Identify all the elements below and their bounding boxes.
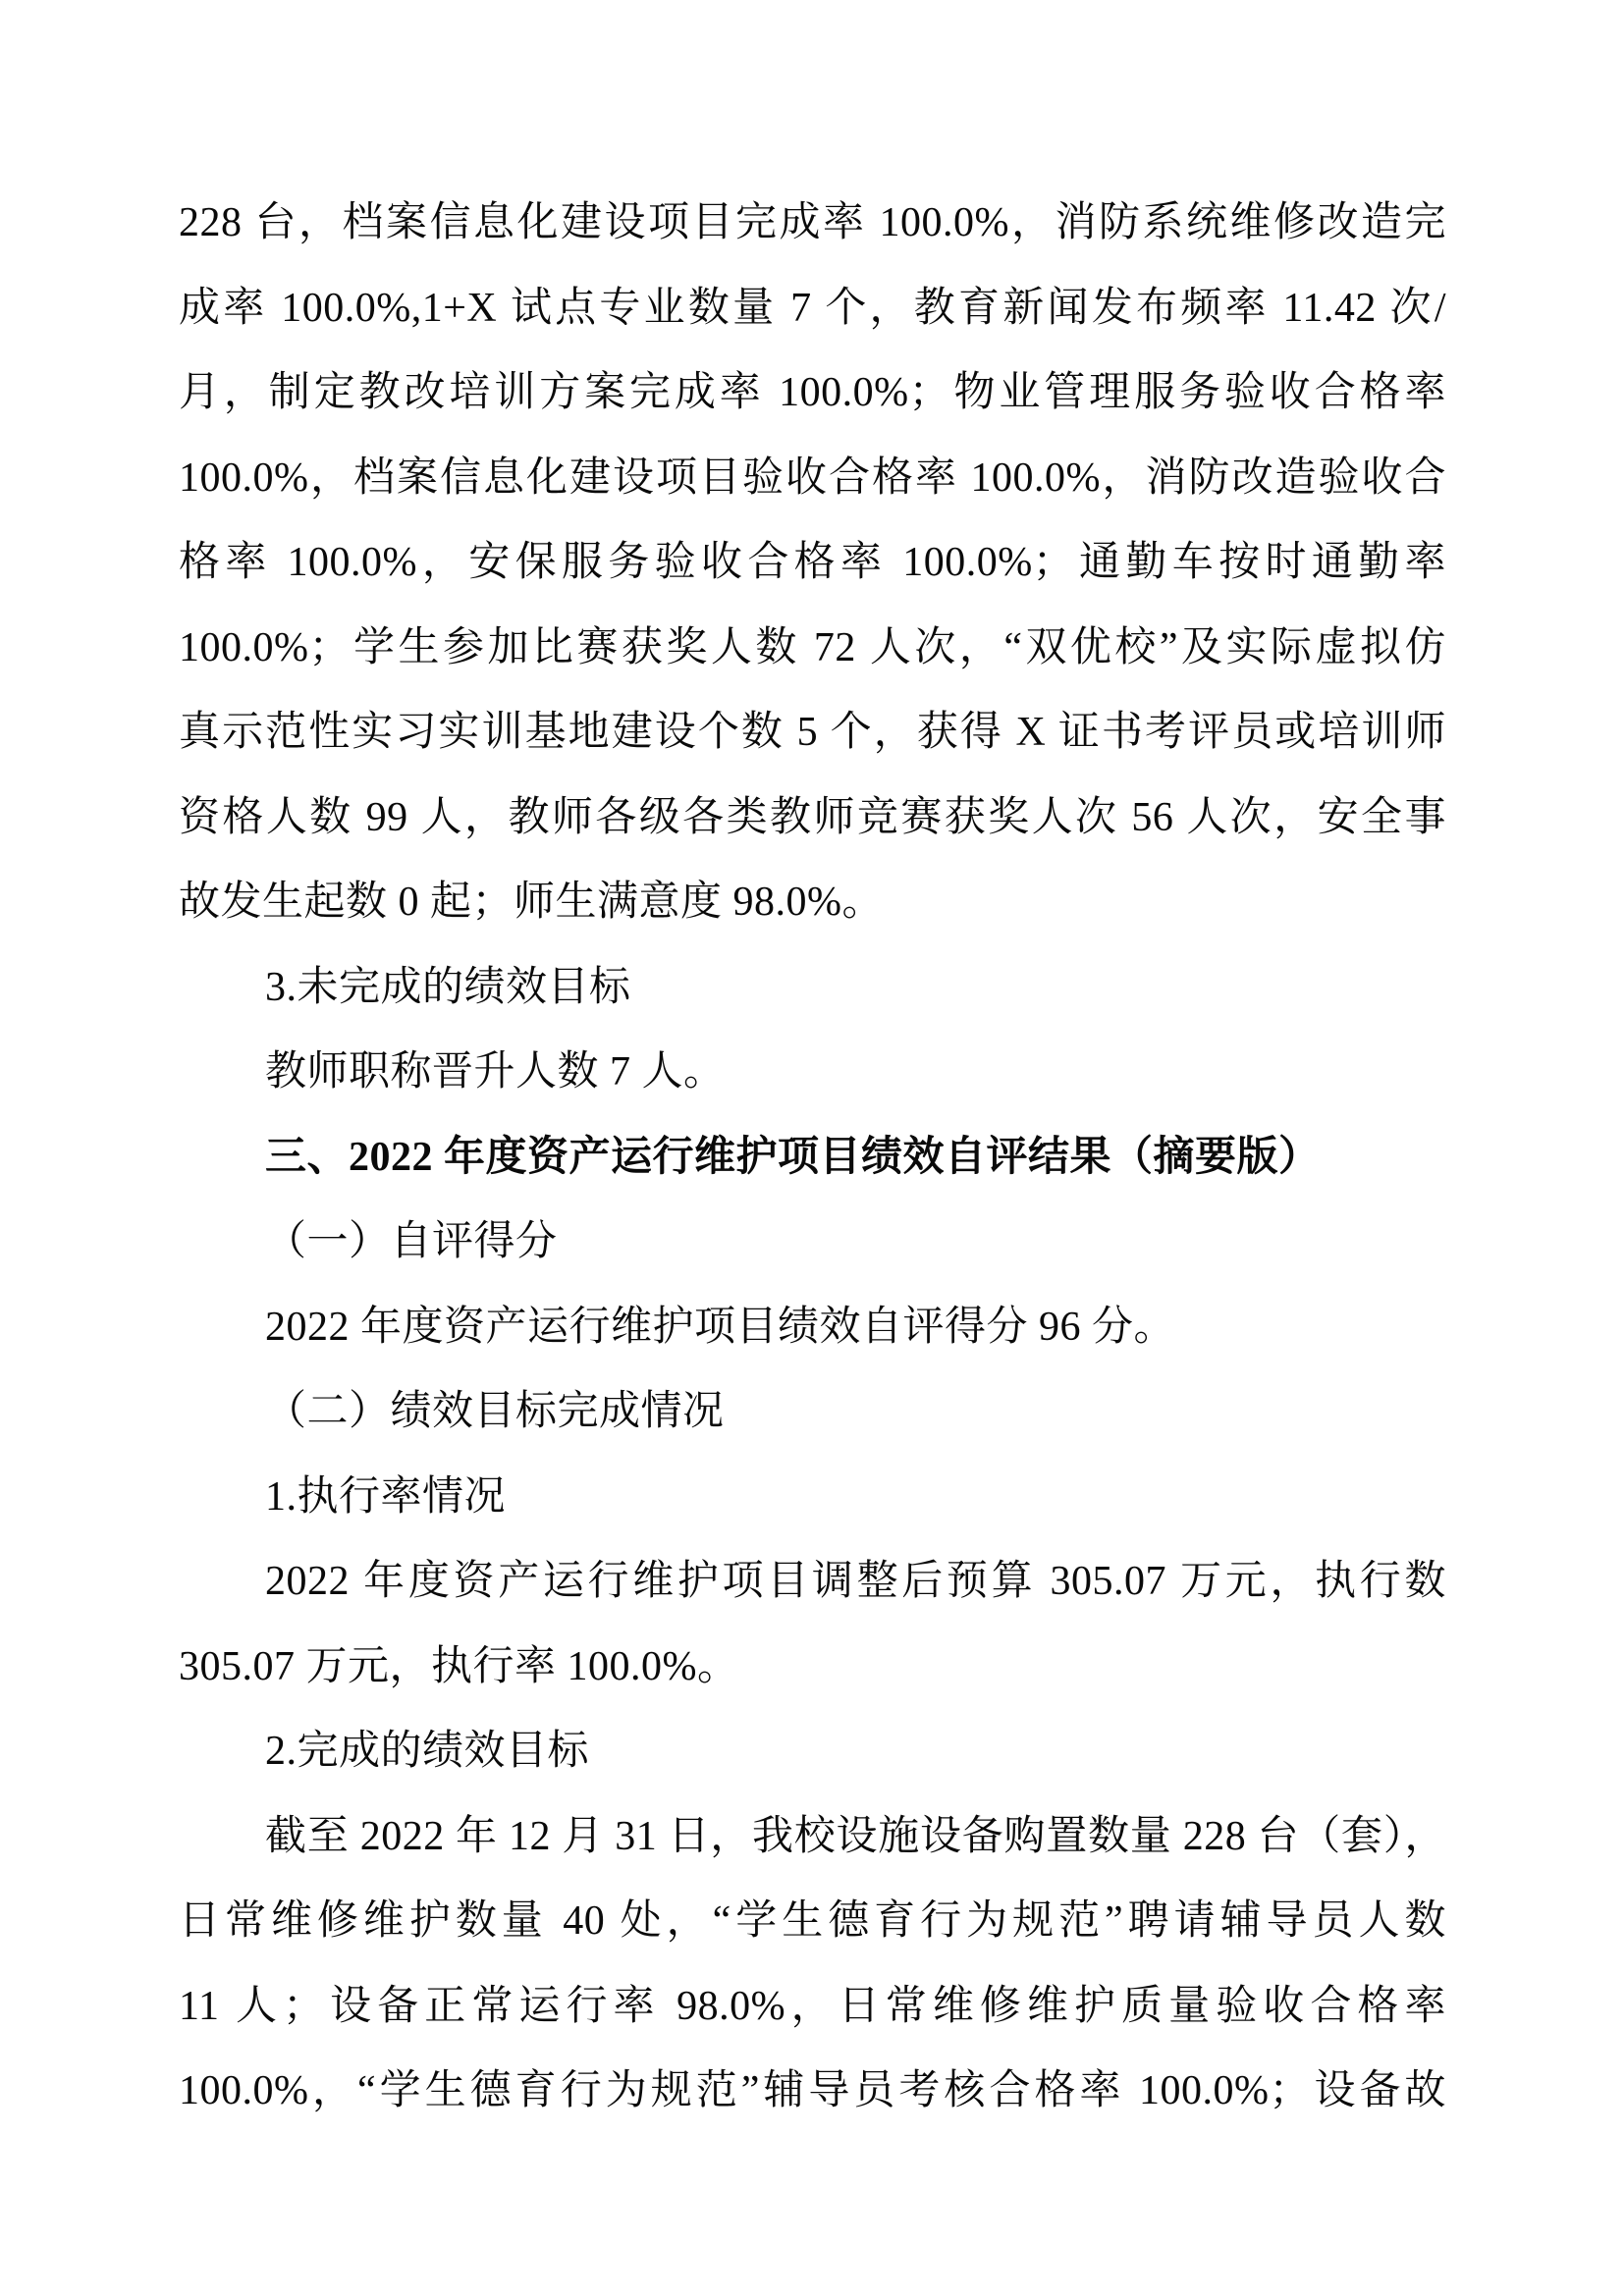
para-subheading-self-score-line-1: （一）自评得分 [179,1200,1446,1285]
para-execution-rate-detail-line-2: 305.07 万元，执行率 100.0%。 [179,1625,1446,1710]
para-self-score-detail-line-1: 2022 年度资产运行维护项目绩效自评得分 96 分。 [179,1285,1446,1370]
para-completed-targets-continued-line-6: 100.0%；学生参加比赛获奖人数 72 人次，“双优校”及实际虚拟仿 [179,606,1446,691]
document-page: 228 台，档案信息化建设项目完成率 100.0%，消防系统维修改造完成率 10… [0,0,1624,2296]
para-subheading-target-completion-line-1: （二）绩效目标完成情况 [179,1369,1446,1455]
para-completed-targets-continued-line-7: 真示范性实习实训基地建设个数 5 个，获得 X 证书考评员或培训师 [179,690,1446,775]
para-completed-targets-continued-line-9: 故发生起数 0 起；师生满意度 98.0%。 [179,860,1446,945]
para-completed-targets-continued-line-2: 成率 100.0%,1+X 试点专业数量 7 个，教育新闻发布频率 11.42 … [179,266,1446,351]
para-unfinished-target-detail-line-1: 教师职称晋升人数 7 人。 [179,1030,1446,1115]
para-completed-targets-detail-line-3: 11 人；设备正常运行率 98.0%，日常维修维护质量验收合格率 [179,1964,1446,2050]
heading-section-three-line-1: 三、2022 年度资产运行维护项目绩效自评结果（摘要版） [179,1115,1446,1201]
para-completed-targets-continued-line-4: 100.0%，档案信息化建设项目验收合格率 100.0%，消防改造验收合 [179,436,1446,521]
para-completed-targets-continued-line-1: 228 台，档案信息化建设项目完成率 100.0%，消防系统维修改造完 [179,181,1446,266]
para-subheading-execution-rate-line-1: 1.执行率情况 [179,1455,1446,1540]
para-completed-targets-continued-line-3: 月，制定教改培训方案完成率 100.0%；物业管理服务验收合格率 [179,350,1446,436]
para-subheading-completed-targets-line-1: 2.完成的绩效目标 [179,1709,1446,1794]
para-completed-targets-detail-line-1: 截至 2022 年 12 月 31 日，我校设施设备购置数量 228 台（套）， [179,1794,1446,1880]
text-block: 228 台，档案信息化建设项目完成率 100.0%，消防系统维修改造完成率 10… [179,181,1446,2134]
para-execution-rate-detail-line-1: 2022 年度资产运行维护项目调整后预算 305.07 万元，执行数 [179,1539,1446,1625]
para-completed-targets-continued-line-5: 格率 100.0%，安保服务验收合格率 100.0%；通勤车按时通勤率 [179,520,1446,606]
para-completed-targets-detail-line-4: 100.0%，“学生德育行为规范”辅导员考核合格率 100.0%；设备故 [179,2049,1446,2134]
para-completed-targets-continued-line-8: 资格人数 99 人，教师各级各类教师竞赛获奖人次 56 人次，安全事 [179,775,1446,861]
para-completed-targets-detail-line-2: 日常维修维护数量 40 处，“学生德育行为规范”聘请辅导员人数 [179,1879,1446,1964]
para-subheading-unfinished-targets-line-1: 3.未完成的绩效目标 [179,945,1446,1031]
